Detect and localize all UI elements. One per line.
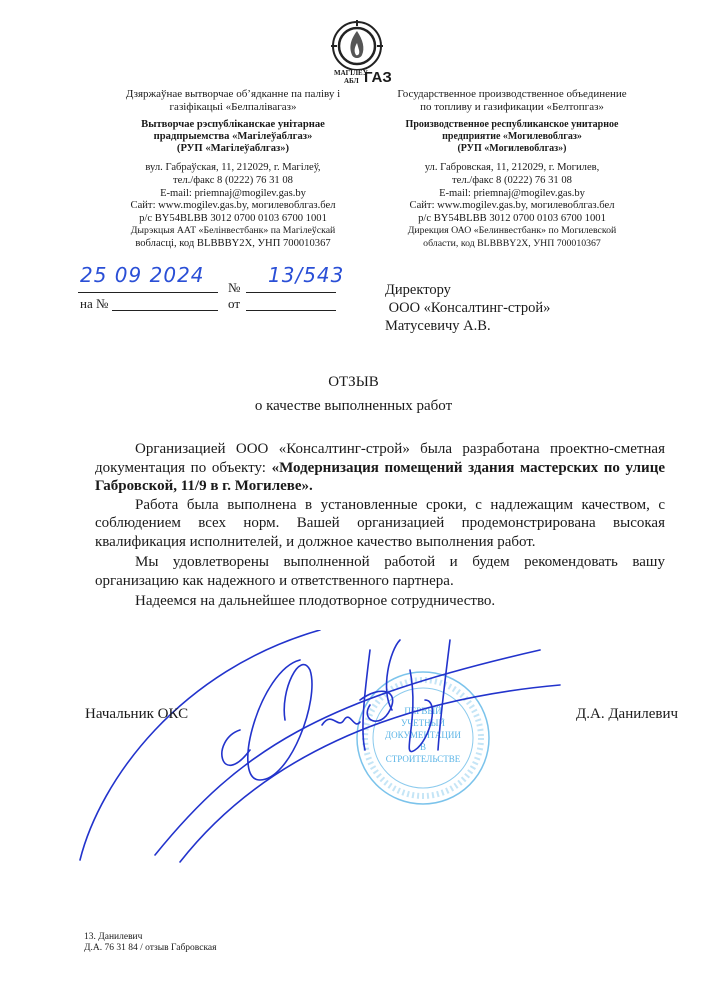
phone-fax: тел./факс 8 (0222) 76 31 08 bbox=[104, 175, 362, 188]
website: Сайт: www.mogilev.gas.by, могилевоблгаз.… bbox=[104, 200, 362, 213]
signature-scribble-icon bbox=[60, 630, 620, 870]
letter-body: Организацией ООО «Консалтинг-строй» была… bbox=[95, 440, 665, 611]
bank-code: вобласці, код BLBBBY2X, УНП 700010367 bbox=[104, 238, 362, 251]
signatory-position: Начальник ОКС bbox=[85, 706, 188, 723]
logo-brand: ГАЗ bbox=[364, 69, 392, 86]
bank-account: р/с BY54BLBB 3012 0700 0103 6700 1001 bbox=[104, 213, 362, 226]
handwritten-date: 25 09 2024 bbox=[80, 263, 205, 287]
from-underline bbox=[246, 310, 336, 311]
from-label: от bbox=[228, 296, 240, 312]
company-logo: МАГІЛЕЎ АБЛ ГАЗ bbox=[322, 18, 392, 90]
addressee-position: Директору bbox=[385, 281, 550, 299]
handwritten-number: 13/543 bbox=[268, 263, 344, 287]
footer-line-2: Д.А. 76 31 84 / отзыв Габровская bbox=[84, 943, 217, 954]
document-title: ОТЗЫВ bbox=[0, 374, 707, 391]
bank-code: области, код BLBBBY2X, УНП 700010367 bbox=[372, 238, 652, 251]
bank-name: Дырэкцыя ААТ «Белінвестбанк» па Магілеўс… bbox=[104, 225, 362, 238]
number-underline bbox=[246, 292, 336, 293]
paragraph-2: Работа была выполнена в установленные ср… bbox=[95, 496, 665, 552]
bank-name: Дирекция ОАО «Белинвестбанк» по Могилевс… bbox=[372, 225, 652, 238]
ref-label: на № bbox=[80, 296, 108, 312]
paragraph-1: Организацией ООО «Консалтинг-строй» была… bbox=[95, 440, 665, 496]
ref-underline bbox=[112, 310, 218, 311]
address: вул. Габраўская, 11, 212029, г. Магілеў, bbox=[104, 162, 362, 175]
number-label: № bbox=[228, 280, 240, 296]
addressee-org: ООО «Консалтинг-строй» bbox=[385, 299, 550, 317]
enterprise-name-ru: Производственное республиканское унитарн… bbox=[372, 119, 652, 156]
phone-fax: тел./факс 8 (0222) 76 31 08 bbox=[372, 175, 652, 188]
addressee-name: Матусевичу А.В. bbox=[385, 317, 550, 335]
executor-footer: 13. Данилевич Д.А. 76 31 84 / отзыв Габр… bbox=[84, 932, 217, 954]
address: ул. Габровская, 11, 212029, г. Могилев, bbox=[372, 162, 652, 175]
email: E-mail: priemnaj@mogilev.gas.by bbox=[372, 188, 652, 201]
letterhead-right: Государственное производственное объедин… bbox=[372, 88, 652, 251]
parent-org-by: Дзяржаўнае вытворчае об’ядканне па палів… bbox=[104, 88, 362, 114]
footer-line-1: 13. Данилевич bbox=[84, 932, 217, 943]
logo-caption-bottom: АБЛ bbox=[334, 78, 368, 86]
parent-org-ru: Государственное производственное объедин… bbox=[372, 88, 652, 114]
handwritten-signature bbox=[60, 630, 620, 870]
enterprise-name-by: Вытворчае рэспубліканскае унітарнае прад… bbox=[104, 119, 362, 156]
date-underline bbox=[78, 292, 218, 293]
document-subtitle: о качестве выполненных работ bbox=[0, 398, 707, 415]
paragraph-3: Мы удовлетворены выполненной работой и б… bbox=[95, 553, 665, 590]
addressee-block: Директору ООО «Консалтинг-строй» Матусев… bbox=[385, 281, 550, 335]
website: Сайт: www.mogilev.gas.by, могилевоблгаз.… bbox=[372, 200, 652, 213]
signatory-name: Д.А. Данилевич bbox=[576, 706, 678, 723]
email: E-mail: priemnaj@mogilev.gas.by bbox=[104, 188, 362, 201]
paragraph-4: Надеемся на дальнейшее плодотворное сотр… bbox=[95, 592, 665, 611]
letterhead-left: Дзяржаўнае вытворчае об’ядканне па палів… bbox=[104, 88, 362, 251]
bank-account: р/с BY54BLBB 3012 0700 0103 6700 1001 bbox=[372, 213, 652, 226]
